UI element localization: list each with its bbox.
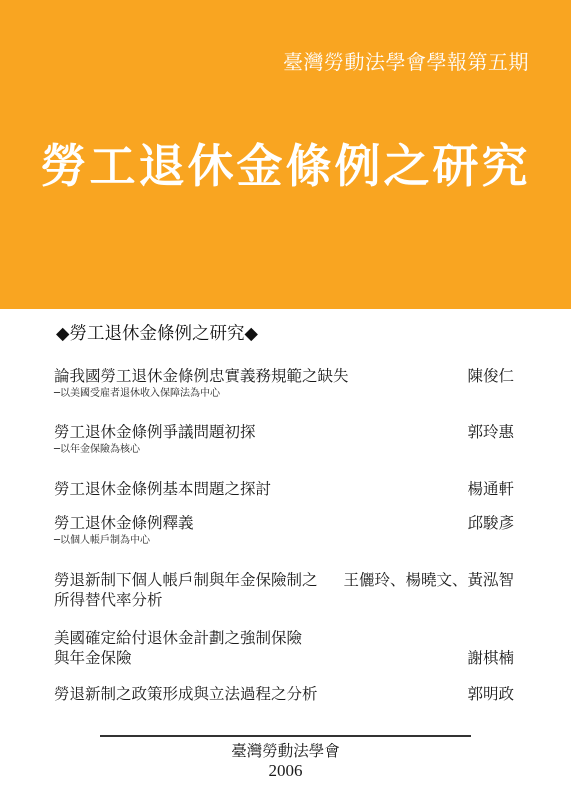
entry-title: 勞退新制之政策形成與立法過程之分析 bbox=[54, 684, 514, 704]
entry-author: 邱駿彥 bbox=[467, 513, 514, 533]
entry-subtitle: ─以個人帳戶制為中心 bbox=[54, 534, 514, 548]
publisher-name: 臺灣勞動法學會 bbox=[0, 741, 571, 761]
entry-author: 王儷玲、楊曉文、黃泓智 bbox=[343, 570, 514, 590]
journal-issue-line: 臺灣勞動法學會學報第五期 bbox=[283, 46, 529, 75]
main-title: 勞工退休金條例之研究 bbox=[0, 130, 571, 196]
entry-author: 謝棋楠 bbox=[467, 648, 514, 668]
cover-band: 臺灣勞動法學會學報第五期 勞工退休金條例之研究 bbox=[0, 0, 571, 309]
toc-entry: 勞退新制下個人帳戶制與年金保險制之 所得替代率分析 王儷玲、楊曉文、黃泓智 bbox=[54, 570, 514, 610]
toc-entry: 美國確定給付退休金計劃之強制保險 與年金保險 謝棋楠 bbox=[54, 628, 514, 668]
entry-title: 論我國勞工退休金條例忠實義務規範之缺失 bbox=[54, 366, 514, 386]
entry-author: 楊通軒 bbox=[467, 479, 514, 499]
toc-entry: 勞工退休金條例釋義 ─以個人帳戶制為中心 邱駿彥 bbox=[54, 513, 514, 548]
toc-entry: 勞退新制之政策形成與立法過程之分析 郭明政 bbox=[54, 684, 514, 704]
entry-title-continued: 與年金保險 bbox=[54, 648, 514, 668]
toc-entry: 勞工退休金條例基本問題之探討 楊通軒 bbox=[54, 479, 514, 499]
footer-divider bbox=[100, 735, 471, 737]
entry-title: 美國確定給付退休金計劃之強制保險 bbox=[54, 628, 514, 648]
section-heading: ◆勞工退休金條例之研究◆ bbox=[56, 320, 258, 345]
entry-title: 勞工退休金條例釋義 bbox=[54, 513, 514, 533]
entry-title: 勞工退休金條例爭議問題初探 bbox=[54, 422, 514, 442]
entry-title-continued: 所得替代率分析 bbox=[54, 590, 514, 610]
entry-author: 郭明政 bbox=[467, 684, 514, 704]
publication-year: 2006 bbox=[0, 761, 571, 781]
table-of-contents: ◆勞工退休金條例之研究◆ 論我國勞工退休金條例忠實義務規範之缺失 ─以美國受雇者… bbox=[0, 309, 571, 800]
entry-subtitle: ─以年金保險為核心 bbox=[54, 443, 514, 457]
toc-entry: 論我國勞工退休金條例忠實義務規範之缺失 ─以美國受雇者退休收入保障法為中心 陳俊… bbox=[54, 366, 514, 401]
entry-title: 勞工退休金條例基本問題之探討 bbox=[54, 479, 514, 499]
entry-author: 郭玲惠 bbox=[467, 422, 514, 442]
entry-author: 陳俊仁 bbox=[467, 366, 514, 386]
toc-entry: 勞工退休金條例爭議問題初探 ─以年金保險為核心 郭玲惠 bbox=[54, 422, 514, 457]
entry-subtitle: ─以美國受雇者退休收入保障法為中心 bbox=[54, 387, 514, 401]
